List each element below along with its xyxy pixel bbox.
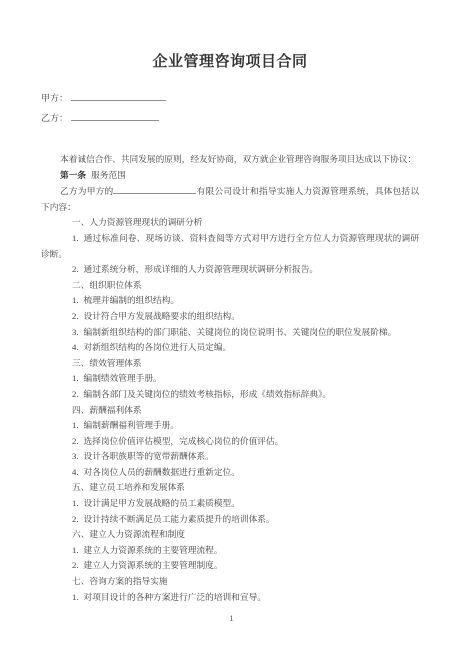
list-item-number: 2. bbox=[72, 436, 79, 446]
party-b-label: 乙方： bbox=[41, 113, 68, 123]
list-item-text: 建立人力资源系统的主要管理制度。 bbox=[84, 560, 223, 570]
list-item-text: 编制薪酬福利管理手册。 bbox=[84, 420, 180, 430]
list-item: 2.编制各部门及关键岗位的绩效考核指标，形成《绩效指标辞典》。 bbox=[41, 387, 419, 403]
sections-list: 一、人力资源管理现状的调研分析1.通过标准问卷、现场访谈、资料查阅等方式对甲方进… bbox=[41, 215, 419, 605]
list-item-text: 对各岗位人员的薪酬数据进行重新定位。 bbox=[84, 467, 240, 477]
clause-1-lead: 乙方为甲方的有限公司设计和指导实施人力资源管理系统，具体包括以下内容： bbox=[41, 183, 419, 215]
list-item: 1.建立人力资源系统的主要管理流程。 bbox=[41, 543, 419, 559]
list-item: 4.对新组织结构的各岗位进行人员定编。 bbox=[41, 340, 419, 356]
list-item-number: 2. bbox=[72, 560, 79, 570]
party-b-line: 乙方： bbox=[41, 108, 419, 128]
list-item-number: 1. bbox=[72, 592, 79, 602]
document-page: 企业管理咨询项目合同 甲方： 乙方： 本着诚信合作、共同发展的原则，经友好协商，… bbox=[0, 0, 463, 655]
list-item-text: 选择岗位价值评估模型，完成核心岗位的价值评估。 bbox=[84, 436, 284, 446]
section-heading: 四、薪酬福利体系 bbox=[41, 403, 419, 419]
document-body: 本着诚信合作、共同发展的原则，经友好协商，双方就企业管理咨询服务项目达成以下协议… bbox=[41, 152, 419, 605]
list-item: 1.通过标准问卷、现场访谈、资料查阅等方式对甲方进行全方位人力资源管理现状的调研… bbox=[41, 231, 419, 262]
list-item-number: 4. bbox=[72, 342, 79, 352]
party-a-blank-field[interactable] bbox=[71, 90, 166, 101]
party-a-line: 甲方： bbox=[41, 88, 419, 108]
list-item: 4.对各岗位人员的薪酬数据进行重新定位。 bbox=[41, 465, 419, 481]
list-item: 1.梳理并编制的组织结构。 bbox=[41, 293, 419, 309]
clause-1-heading: 第一条服务范围 bbox=[41, 168, 419, 184]
list-item-number: 4. bbox=[72, 467, 79, 477]
list-item-text: 通过系统分析，形成详细的人力资源管理现状调研分析报告。 bbox=[84, 264, 319, 274]
list-item: 2.设计符合甲方发展战略要求的组织结构。 bbox=[41, 309, 419, 325]
section-heading: 二、组织职位体系 bbox=[41, 278, 419, 294]
list-item-text: 对新组织结构的各岗位进行人员定编。 bbox=[84, 342, 232, 352]
party-a-label: 甲方： bbox=[41, 93, 68, 103]
list-item: 1.设计满足甲方发展战略的员工素质模型。 bbox=[41, 496, 419, 512]
section-heading: 一、人力资源管理现状的调研分析 bbox=[41, 215, 419, 231]
list-item-number: 2. bbox=[72, 514, 79, 524]
list-item: 3.编制新组织结构的部门职能、关键岗位的岗位说明书、关键岗位的职位发展阶梯。 bbox=[41, 325, 419, 341]
document-title: 企业管理咨询项目合同 bbox=[41, 52, 419, 72]
page-number: 1 bbox=[0, 613, 463, 623]
list-item-text: 通过标准问卷、现场访谈、资料查阅等方式对甲方进行全方位人力资源管理现状的调研诊断… bbox=[41, 233, 419, 259]
list-item-number: 2. bbox=[72, 264, 79, 274]
list-item-text: 编制绩效管理手册。 bbox=[84, 373, 162, 383]
list-item-text: 对项目设计的各种方案进行广泛的培训和宣导。 bbox=[84, 592, 266, 602]
list-item: 2.通过系统分析，形成详细的人力资源管理现状调研分析报告。 bbox=[41, 262, 419, 278]
list-item: 1.编制绩效管理手册。 bbox=[41, 371, 419, 387]
company-name-blank-field[interactable] bbox=[113, 183, 196, 194]
list-item-text: 设计持续不断满足员工能力素质提升的培训体系。 bbox=[84, 514, 275, 524]
list-item: 1.对项目设计的各种方案进行广泛的培训和宣导。 bbox=[41, 590, 419, 606]
clause-1-title: 服务范围 bbox=[91, 170, 126, 180]
section-heading: 三、绩效管理体系 bbox=[41, 356, 419, 372]
list-item-text: 梳理并编制的组织结构。 bbox=[84, 295, 180, 305]
list-item-text: 设计符合甲方发展战略要求的组织结构。 bbox=[84, 311, 240, 321]
section-heading: 五、建立员工培养和发展体系 bbox=[41, 480, 419, 496]
list-item-text: 编制新组织结构的部门职能、关键岗位的岗位说明书、关键岗位的职位发展阶梯。 bbox=[84, 327, 397, 337]
list-item-number: 1. bbox=[72, 233, 79, 243]
list-item-number: 2. bbox=[72, 389, 79, 399]
list-item: 2.设计持续不断满足员工能力素质提升的培训体系。 bbox=[41, 512, 419, 528]
clause-1-lead-before: 乙方为甲方的 bbox=[60, 186, 113, 196]
list-item-text: 设计各职族职等的宽带薪酬体系。 bbox=[84, 451, 214, 461]
clause-1-number: 第一条 bbox=[60, 170, 86, 180]
list-item: 1.编制薪酬福利管理手册。 bbox=[41, 418, 419, 434]
list-item-text: 建立人力资源系统的主要管理流程。 bbox=[84, 545, 223, 555]
list-item-number: 1. bbox=[72, 295, 79, 305]
list-item-text: 设计满足甲方发展战略的员工素质模型。 bbox=[84, 498, 240, 508]
list-item-number: 3. bbox=[72, 327, 79, 337]
section-heading: 六、建立人力资源流程和制度 bbox=[41, 527, 419, 543]
intro-paragraph: 本着诚信合作、共同发展的原则，经友好协商，双方就企业管理咨询服务项目达成以下协议… bbox=[41, 152, 419, 168]
list-item: 2.建立人力资源系统的主要管理制度。 bbox=[41, 558, 419, 574]
list-item: 2.选择岗位价值评估模型，完成核心岗位的价值评估。 bbox=[41, 434, 419, 450]
parties-block: 甲方： 乙方： bbox=[41, 88, 419, 128]
section-heading: 七、咨询方案的指导实施 bbox=[41, 574, 419, 590]
list-item: 3.设计各职族职等的宽带薪酬体系。 bbox=[41, 449, 419, 465]
list-item-number: 2. bbox=[72, 311, 79, 321]
party-b-blank-field[interactable] bbox=[71, 110, 159, 121]
list-item-number: 3. bbox=[72, 451, 79, 461]
list-item-number: 1. bbox=[72, 498, 79, 508]
list-item-text: 编制各部门及关键岗位的绩效考核指标，形成《绩效指标辞典》。 bbox=[84, 389, 332, 399]
list-item-number: 1. bbox=[72, 373, 79, 383]
list-item-number: 1. bbox=[72, 545, 79, 555]
list-item-number: 1. bbox=[72, 420, 79, 430]
